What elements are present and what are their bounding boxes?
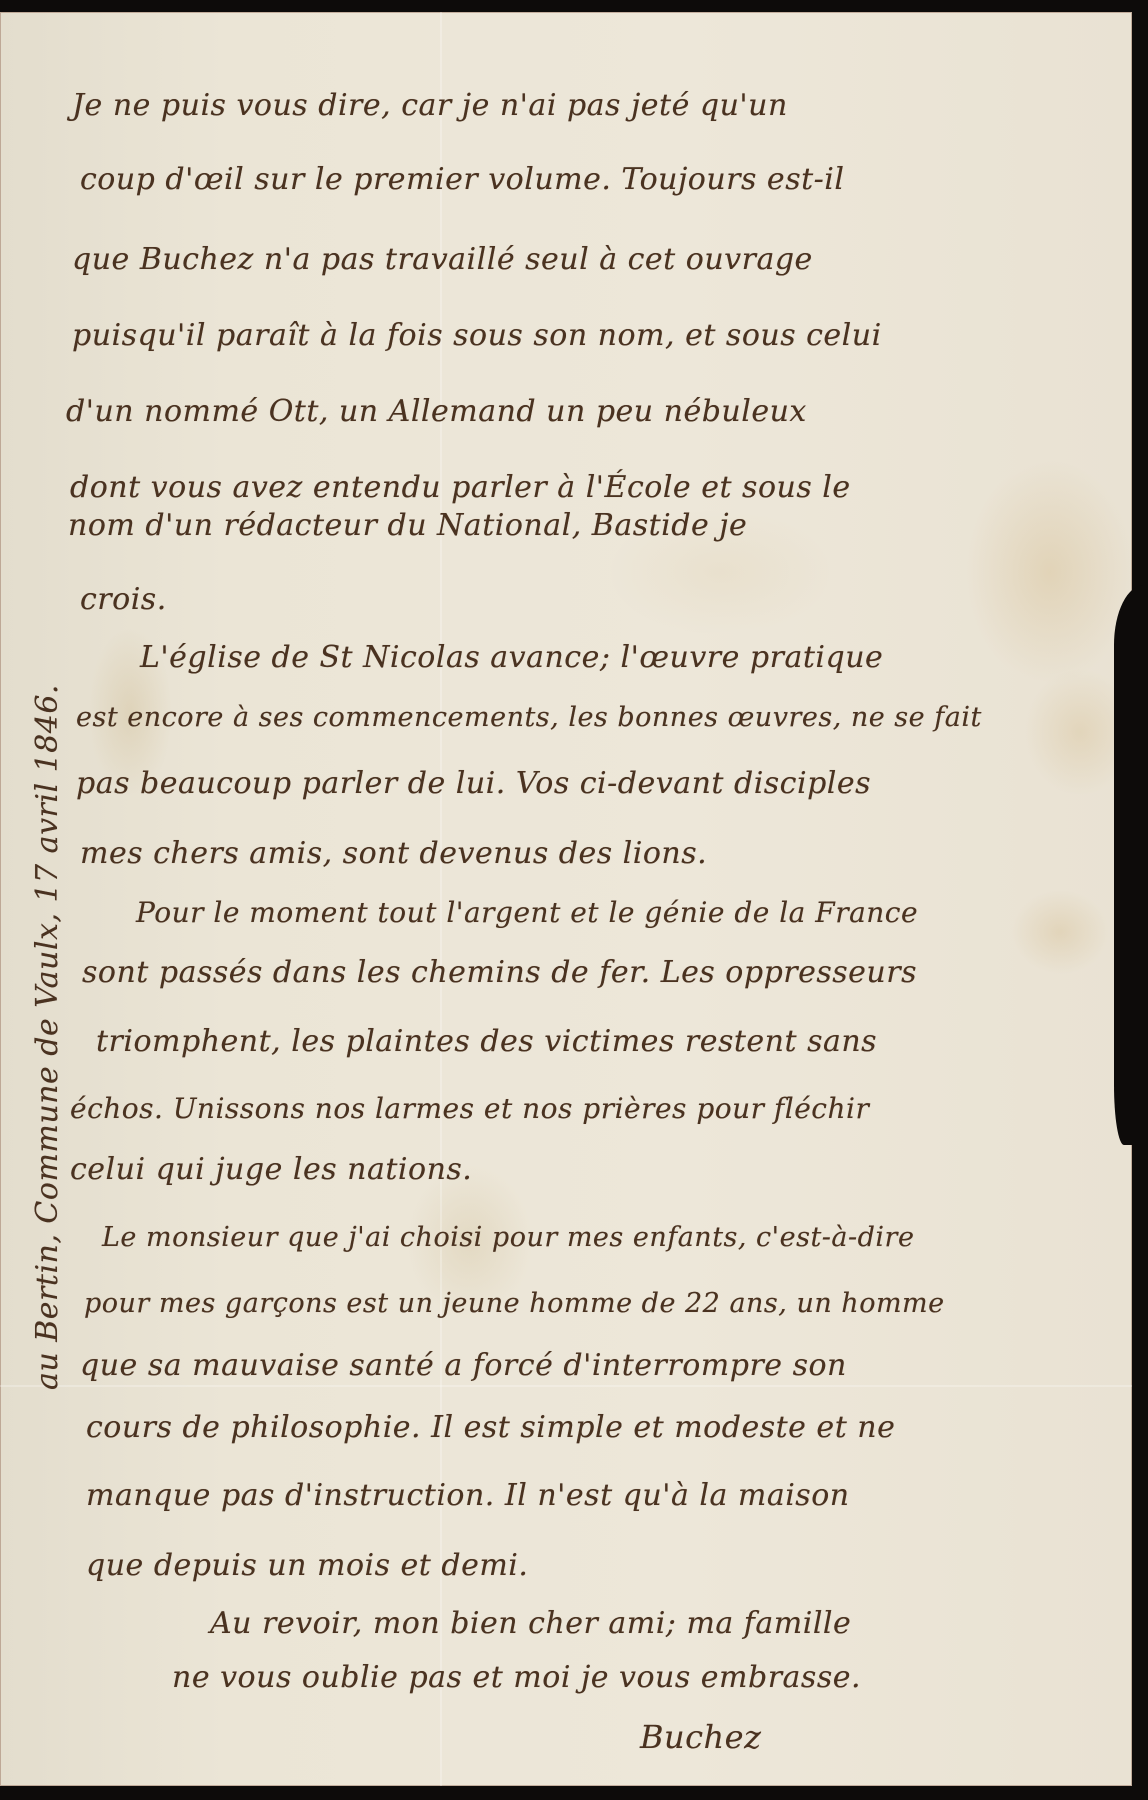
letter-line: échos. Unissons nos larmes et nos prière…	[70, 1092, 869, 1125]
letter-line: coup d'œil sur le premier volume. Toujou…	[80, 162, 844, 197]
letter-line: Je ne puis vous dire, car je n'ai pas je…	[72, 88, 788, 123]
letter-line: d'un nommé Ott, un Allemand un peu nébul…	[66, 394, 807, 429]
torn-edge	[1114, 585, 1148, 1145]
letter-line: pour mes garçons est un jeune homme de 2…	[84, 1288, 945, 1319]
horizontal-fold-line	[0, 1385, 1132, 1387]
letter-line: Pour le moment tout l'argent et le génie…	[136, 896, 918, 929]
letter-line: manque pas d'instruction. Il n'est qu'à …	[86, 1478, 850, 1513]
letter-line: pas beaucoup parler de lui. Vos ci-devan…	[76, 766, 871, 801]
signature: Buchez	[640, 1718, 761, 1756]
letter-line: mes chers amis, sont devenus des lions.	[80, 836, 707, 871]
letter-line: Au revoir, mon bien cher ami; ma famille	[210, 1606, 851, 1641]
letter-line: que Buchez n'a pas travaillé seul à cet …	[72, 242, 813, 277]
letter-line: que depuis un mois et demi.	[86, 1548, 528, 1583]
letter-line: dont vous avez entendu parler à l'École …	[70, 470, 851, 505]
letter-line: nom d'un rédacteur du National, Bastide …	[68, 508, 747, 543]
letter-line: sont passés dans les chemins de fer. Les…	[82, 955, 917, 990]
letter-line: L'église de St Nicolas avance; l'œuvre p…	[140, 640, 883, 675]
letter-line: cours de philosophie. Il est simple et m…	[86, 1410, 895, 1445]
letter-line: triomphent, les plaintes des victimes re…	[96, 1024, 877, 1059]
letter-line: est encore à ses commencements, les bonn…	[76, 702, 982, 733]
letter-line: que sa mauvaise santé a forcé d'interrom…	[80, 1348, 847, 1383]
letter-line: crois.	[80, 582, 167, 617]
letter-line: Le monsieur que j'ai choisi pour mes enf…	[102, 1222, 914, 1253]
letter-line: puisqu'il paraît à la fois sous son nom,…	[72, 318, 882, 353]
letter-line: ne vous oublie pas et moi je vous embras…	[172, 1660, 861, 1695]
letter-line: celui qui juge les nations.	[70, 1152, 472, 1187]
margin-note-date-place: au Bertin, Commune de Vaulx, 17 avril 18…	[30, 684, 65, 1390]
